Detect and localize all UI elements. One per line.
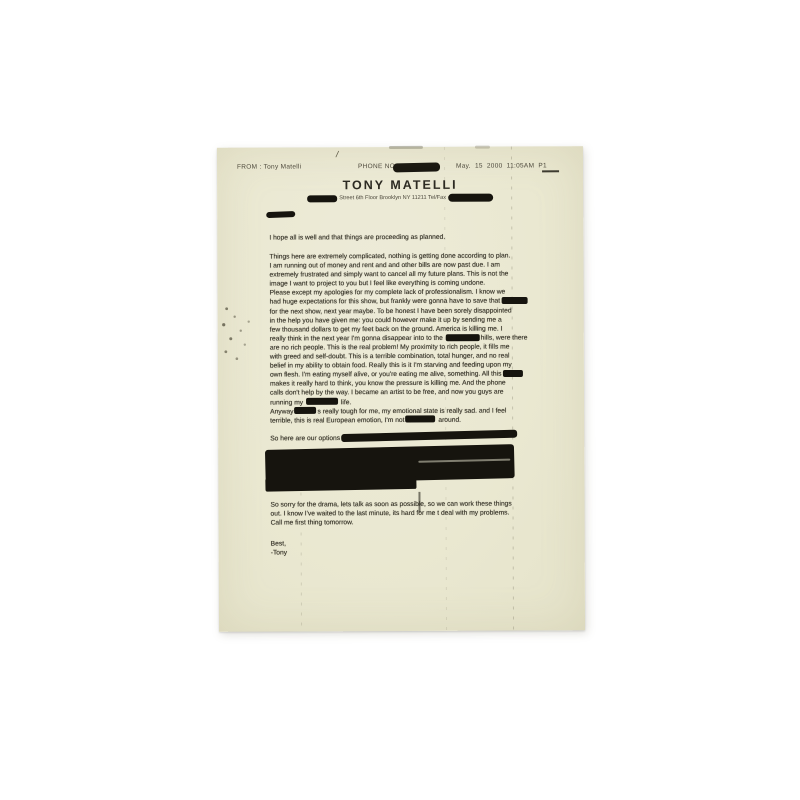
letter-text: Call me first thing tomorrow. (271, 519, 354, 526)
letter-text: Anyway (270, 408, 293, 415)
options-label: So here are our options (270, 435, 340, 442)
letter-body-line: Call me first thing tomorrow. (271, 518, 512, 528)
letter-text: Things here are extremely complicated, n… (269, 253, 510, 261)
letter-body-line: out. I know I've waited to the last minu… (271, 509, 512, 519)
redaction-mark (501, 297, 527, 304)
letter-text: extremely frustrated and simply want to … (269, 271, 508, 279)
letter-text: I am running out of money and rent and a… (269, 262, 500, 270)
redaction-mark (266, 211, 295, 218)
letter-text: Please except my apologies for my comple… (270, 289, 506, 297)
letter-body-line: had huge expectations for this show, but… (270, 297, 529, 307)
letter-text: belief in my ability to obtain food. Rea… (270, 362, 512, 370)
letter-text: few thousand dollars to get my feet back… (270, 325, 503, 333)
letter-text: around. (436, 416, 461, 423)
letter-text: are no rich people. This is the real pro… (270, 343, 510, 351)
fax-header-row: FROM : Tony Matelli PHONE NO. : May. 15 … (217, 162, 583, 176)
redaction-block (265, 476, 416, 492)
letter-text: terrible, this is real European emotion,… (270, 417, 404, 425)
letterhead-address: Street 6th Floor Brooklyn NY 11211 Tel/F… (339, 195, 446, 201)
redaction-mark (295, 407, 317, 414)
letterhead-name: TONY MATELLI (217, 177, 583, 193)
redaction-mark (393, 162, 440, 172)
options-line: So here are our options (270, 433, 517, 442)
letter-closing-paragraph: So sorry for the drama, lets talk as soo… (270, 500, 511, 528)
letterhead-address-row: Street 6th Floor Brooklyn NY 11211 Tel/F… (217, 193, 583, 203)
letter-text: life. (339, 399, 351, 406)
letter-greeting: I hope all is well and that things are p… (269, 234, 445, 242)
letter-text: calls don't help by the way. I became an… (270, 389, 504, 397)
letter-text: image I want to project to you but I fee… (270, 280, 486, 288)
letter-body-line: calls don't help by the way. I became an… (270, 388, 529, 398)
paper-specks (217, 148, 219, 150)
scan-smudge (389, 146, 423, 149)
redaction-mark (405, 416, 435, 423)
signoff-name: -Tony (271, 549, 287, 558)
fax-timestamp: May. 15 2000 11:05AM P1 (456, 162, 547, 169)
letter-text: So sorry for the drama, lets talk as soo… (270, 501, 511, 509)
redaction-mark (448, 194, 493, 202)
photo-background: { "colors": { "background": "#ffffff", "… (0, 0, 800, 800)
letter-text: running my (270, 399, 305, 406)
letter-text: hills, were there (481, 334, 528, 341)
letter-text: makes it really hard to think, you know … (270, 380, 506, 388)
signoff-best: Best, (271, 539, 287, 548)
letter-signoff: Best, -Tony (271, 539, 287, 557)
letter-text: own flesh. I'm eating myself alive, or y… (270, 371, 502, 379)
letter-text: s really tough for me, my emotional stat… (318, 407, 507, 415)
letter-text: with greed and self-doubt. This is a ter… (270, 353, 510, 361)
scan-smudge (475, 146, 490, 149)
redaction-mark (306, 398, 338, 405)
fax-from-label: FROM : Tony Matelli (237, 163, 301, 170)
letter-text: for the next show, next year maybe. To b… (270, 307, 512, 315)
letter-body-paragraph: Things here are extremely complicated, n… (269, 251, 528, 425)
redaction-mark (446, 334, 480, 341)
redaction-mark (341, 430, 517, 442)
letter-text: had huge expectations for this show, but… (270, 298, 501, 306)
letter-text: really think in the next year I'm gonna … (270, 335, 445, 343)
letter-text: out. I know I've waited to the last minu… (271, 510, 510, 518)
letter-body-line: Anyways really tough for me, my emotiona… (270, 406, 529, 416)
underscore-mark (542, 170, 559, 172)
letter-body-line: terrible, this is real European emotion,… (270, 415, 529, 425)
fax-letter-page: / FROM : Tony Matelli PHONE NO. : May. 1… (217, 146, 585, 632)
redaction-mark (502, 370, 522, 377)
redaction-mark (307, 195, 337, 202)
letter-text: in the help you have given me: you could… (270, 316, 502, 324)
scan-slash-mark: / (335, 149, 339, 159)
